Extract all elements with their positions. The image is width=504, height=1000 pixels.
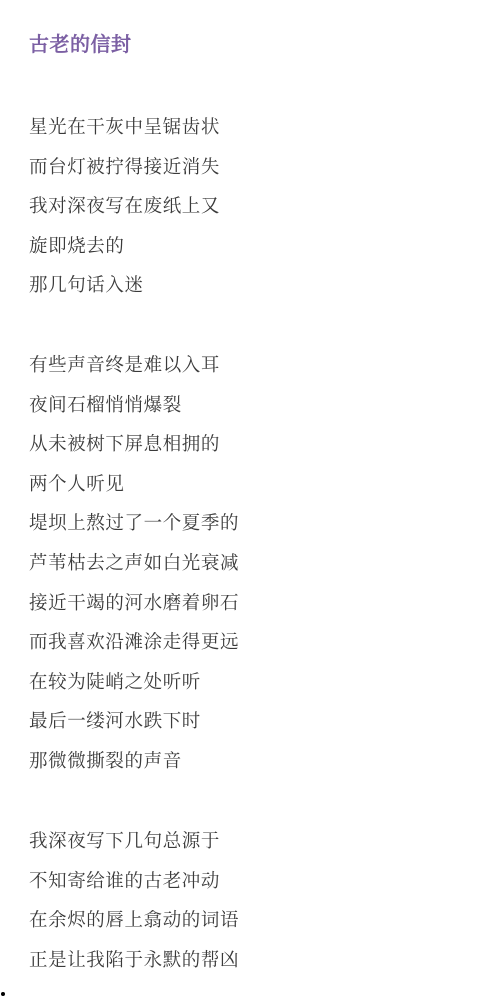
poem-line: 堤坝上熬过了一个夏季的 [29, 504, 239, 544]
poem-line: 星光在干灰中呈锯齿状 [29, 108, 220, 148]
poem-line: 芦苇枯去之声如白光衰减 [29, 544, 239, 584]
stanza-1: 星光在干灰中呈锯齿状 而台灯被拧得接近消失 我对深夜写在废纸上又 旋即烧去的 那… [29, 108, 220, 306]
poem-line: 旋即烧去的 [29, 227, 220, 267]
poem-line: 那几句话入迷 [29, 266, 220, 306]
poem-line: 不知寄给谁的古老冲动 [29, 862, 239, 902]
poem-line: 我对深夜写在废纸上又 [29, 187, 220, 227]
poem-line: 而我喜欢沿滩涂走得更远 [29, 623, 239, 663]
poem-line: 从未被树下屏息相拥的 [29, 425, 239, 465]
poem-line: 那微微撕裂的声音 [29, 742, 239, 782]
poem-line: 正是让我陷于永默的帮凶 [29, 941, 239, 981]
poem-line: 最后一缕河水跌下时 [29, 702, 239, 742]
poem-line: 接近干竭的河水磨着卵石 [29, 584, 239, 624]
poem-title: 古老的信封 [29, 31, 132, 57]
stanza-3: 我深夜写下几句总源于 不知寄给谁的古老冲动 在余烬的唇上翕动的词语 正是让我陷于… [29, 822, 239, 980]
poem-line: 我深夜写下几句总源于 [29, 822, 239, 862]
poem-line: 夜间石榴悄悄爆裂 [29, 386, 239, 426]
poem-line: 两个人听见 [29, 465, 239, 505]
poem-line: 在较为陡峭之处听听 [29, 663, 239, 703]
poem-line: 而台灯被拧得接近消失 [29, 148, 220, 188]
poem-line: 在余烬的唇上翕动的词语 [29, 901, 239, 941]
poem-line: 有些声音终是难以入耳 [29, 346, 239, 386]
stanza-2: 有些声音终是难以入耳 夜间石榴悄悄爆裂 从未被树下屏息相拥的 两个人听见 堤坝上… [29, 346, 239, 782]
bullet-dot-icon [1, 992, 5, 996]
